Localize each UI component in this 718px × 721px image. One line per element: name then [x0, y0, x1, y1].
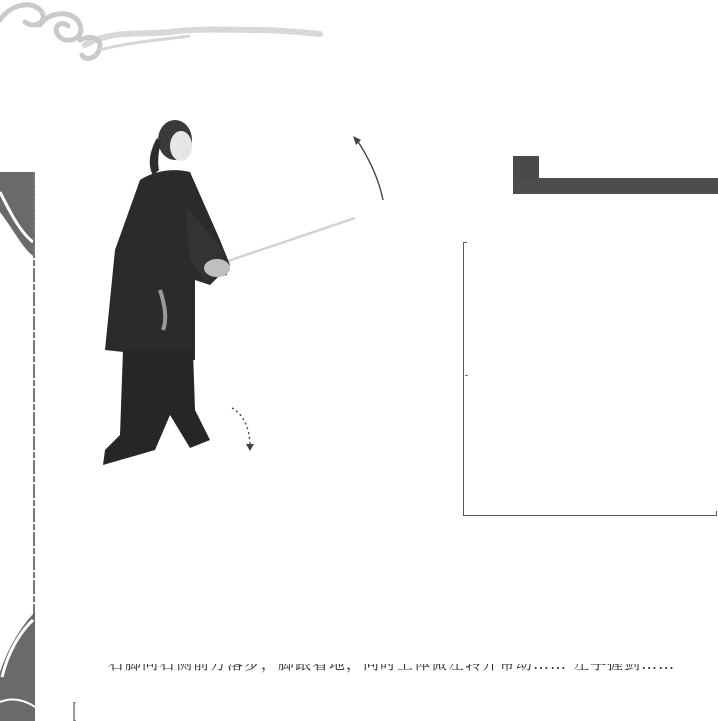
frame-corner-tick: [716, 511, 717, 516]
corner-bracket-icon: [73, 702, 77, 721]
sword-motion-arrow-icon: [357, 140, 383, 200]
image-placeholder-frame: [463, 243, 716, 516]
banner-title: [543, 178, 713, 194]
foot-motion-arrow-icon: [232, 408, 250, 446]
ornamental-border-icon: [0, 172, 40, 721]
body-text-clip: 右脚向右侧前方落步，脚跟着地，同时上体微左转并带动…… 左手握剑……: [108, 664, 718, 674]
figure-photo: [95, 110, 395, 470]
section-banner: [513, 156, 718, 196]
body-text-line: 右脚向右侧前方落步，脚跟着地，同时上体微左转并带动…… 左手握剑……: [108, 664, 675, 673]
frame-corner-tick: [463, 242, 467, 243]
frame-mid-tick: [465, 375, 468, 376]
cloud-ornament-icon: [0, 0, 330, 75]
sword-icon: [225, 218, 355, 262]
